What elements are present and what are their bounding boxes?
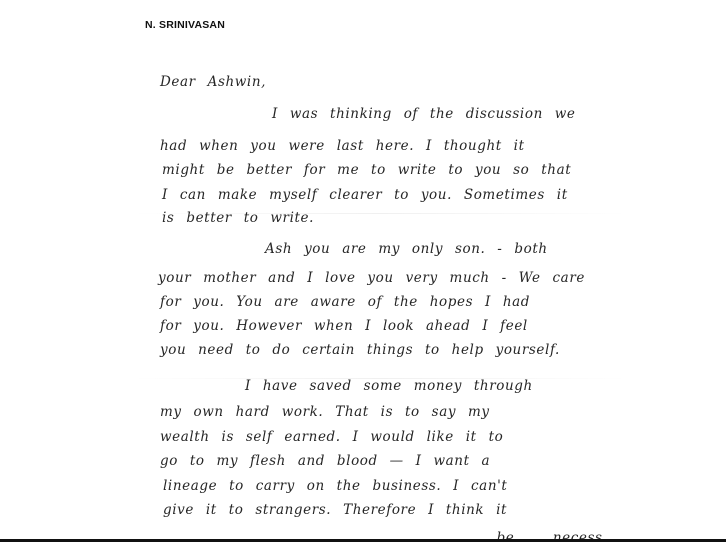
letter-line: I can make myself clearer to you. Someti… bbox=[162, 187, 568, 203]
letter-page: N. SRINIVASAN Dear Ashwin, I was thinkin… bbox=[0, 0, 726, 540]
letter-line: I was thinking of the discussion we bbox=[272, 106, 576, 122]
letter-line: wealth is self earned. I would like it t… bbox=[160, 429, 503, 445]
letter-line: for you. You are aware of the hopes I ha… bbox=[160, 294, 530, 310]
letter-line: lineage to carry on the business. I can'… bbox=[163, 478, 507, 494]
letter-line: Ash you are my only son. - both bbox=[265, 241, 548, 257]
letter-line: my own hard work. That is to say my bbox=[160, 404, 490, 420]
letterhead-name: N. SRINIVASAN bbox=[145, 19, 225, 31]
letter-line: you need to do certain things to help yo… bbox=[160, 342, 560, 358]
letter-line: I have saved some money through bbox=[245, 378, 533, 394]
letter-line: is better to write. bbox=[162, 210, 314, 226]
letter-line: had when you were last here. I thought i… bbox=[160, 138, 525, 154]
letter-line: your mother and I love you very much - W… bbox=[158, 270, 585, 286]
letter-line: for you. However when I look ahead I fee… bbox=[160, 318, 528, 334]
letter-line: give it to strangers. Therefore I think … bbox=[163, 502, 507, 518]
letter-line: might be better for me to write to you s… bbox=[162, 162, 571, 178]
salutation: Dear Ashwin, bbox=[160, 74, 266, 90]
letter-line: go to my flesh and blood — I want a bbox=[160, 453, 490, 469]
